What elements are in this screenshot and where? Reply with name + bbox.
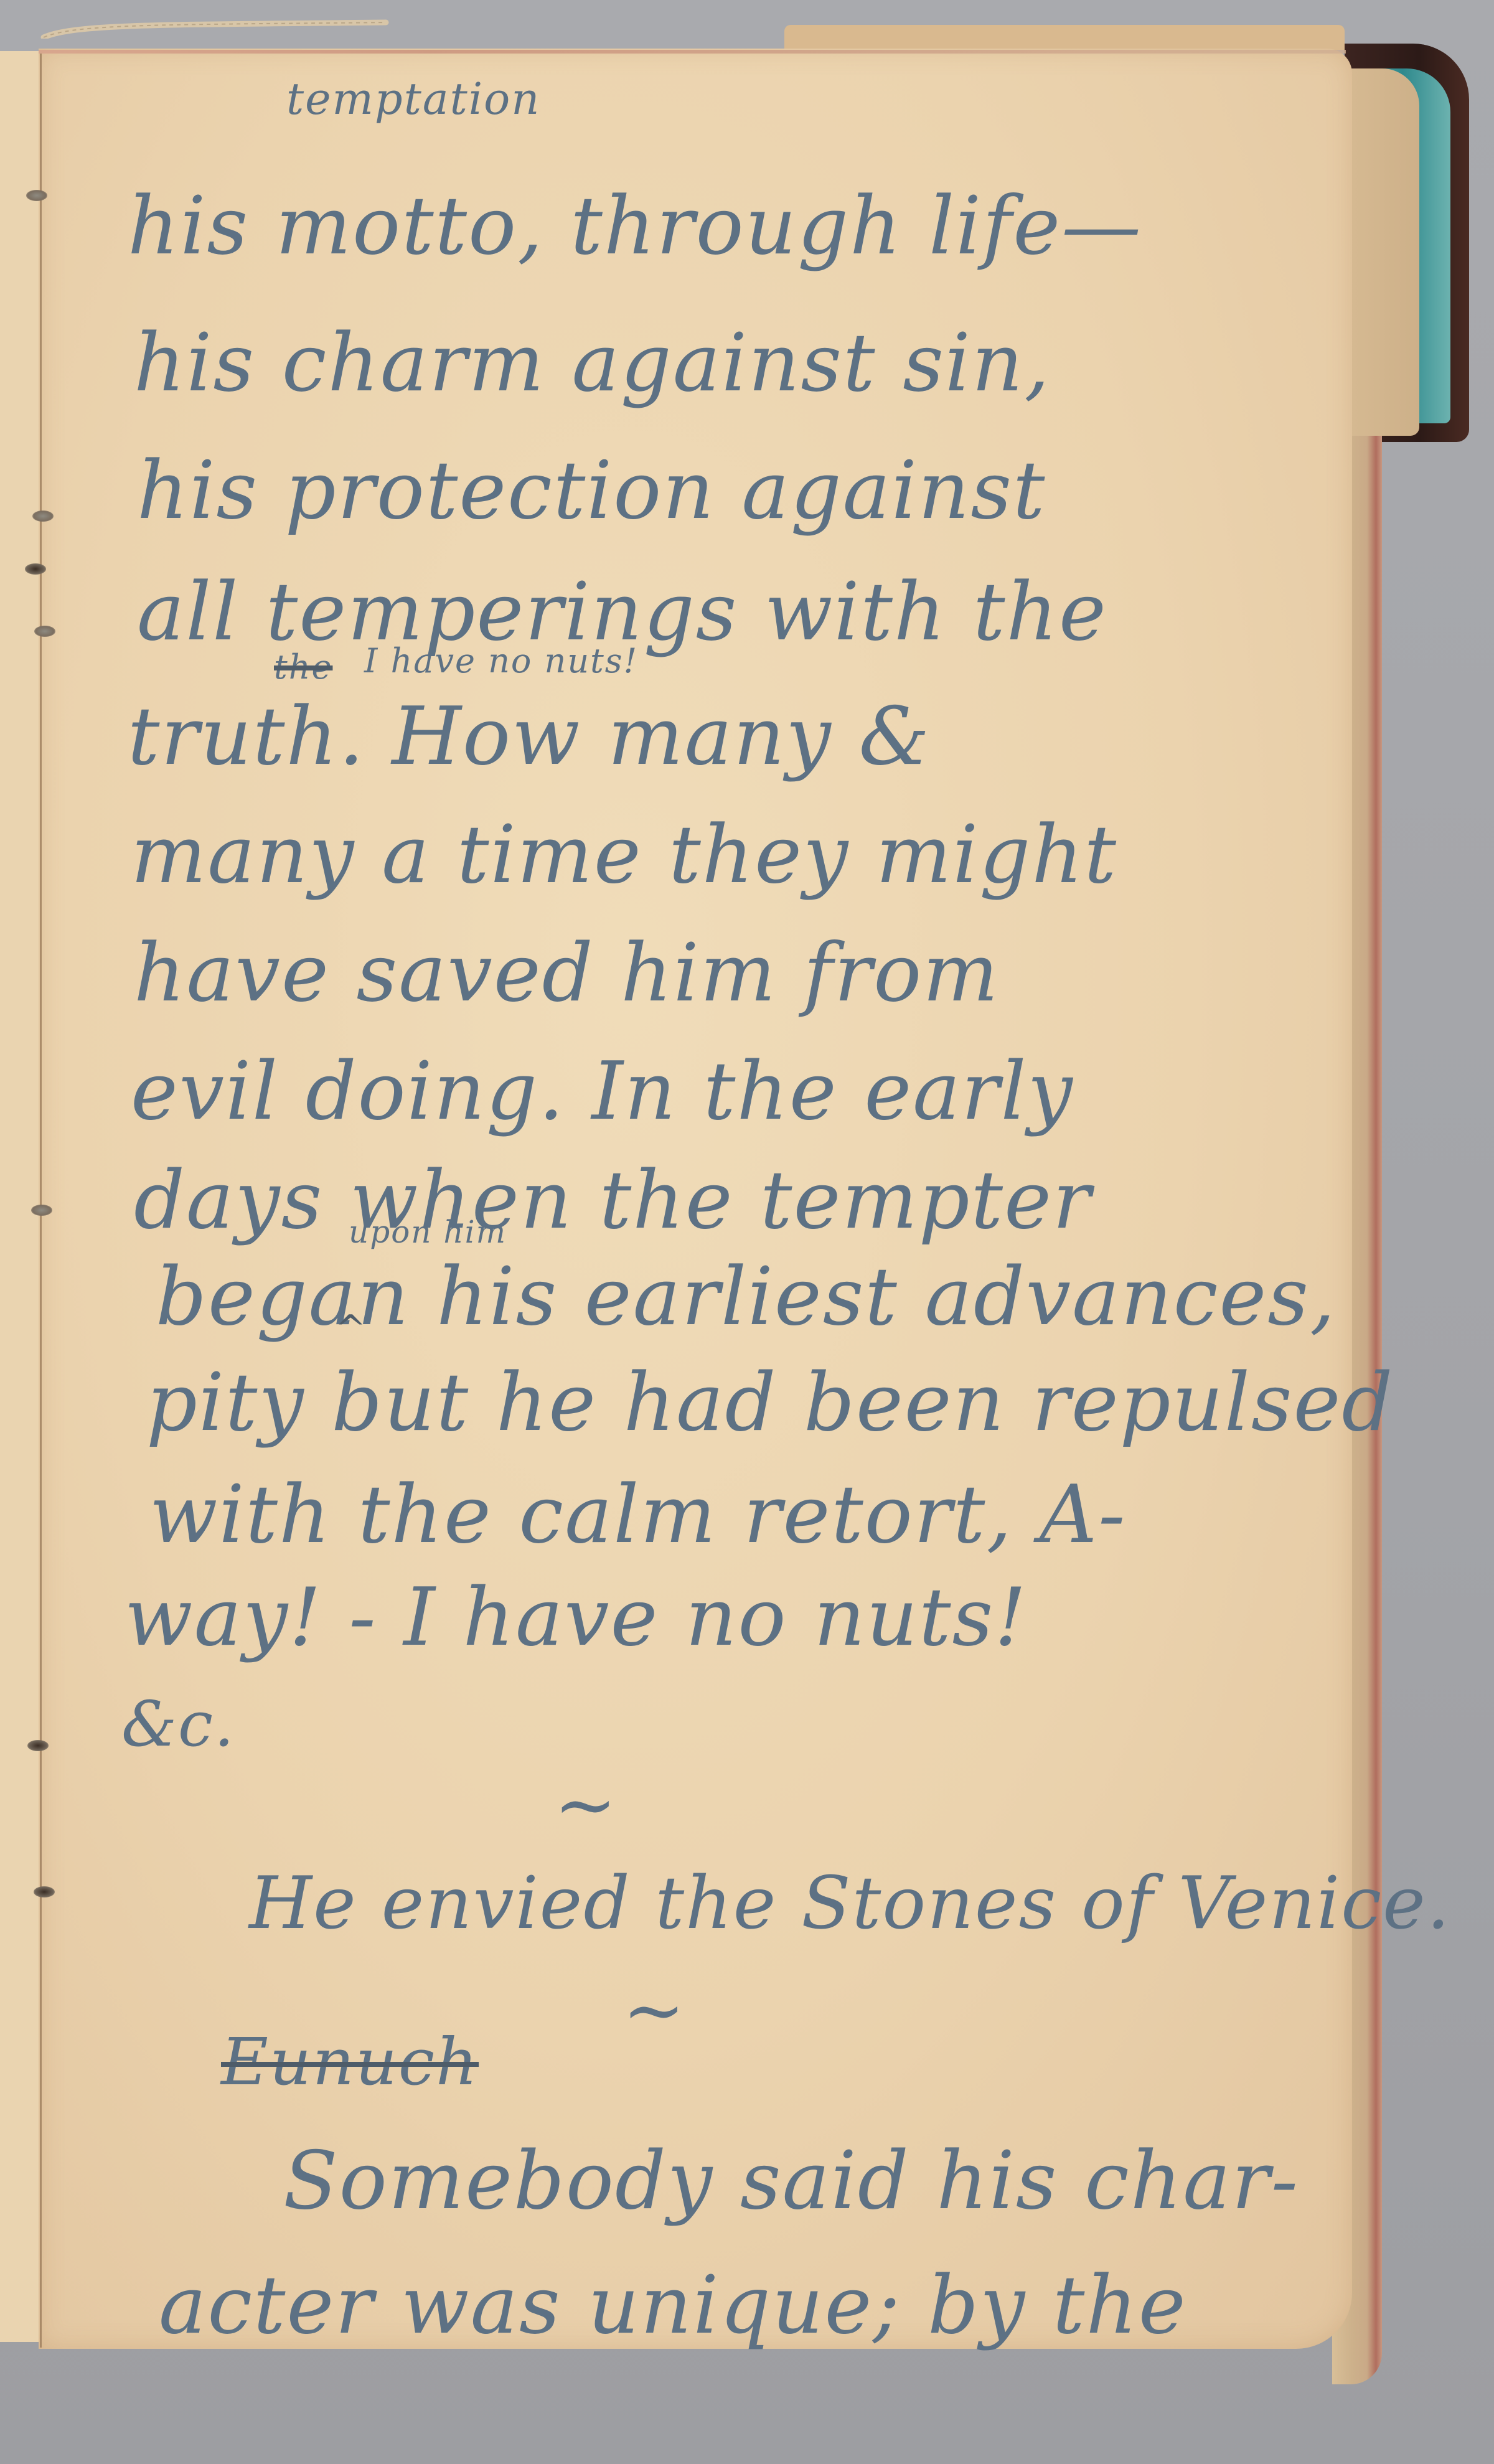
gutter-line [40, 54, 42, 2348]
stitch-hole [25, 563, 46, 575]
left-leaf [0, 51, 44, 2342]
manuscript-line-7: have saved him from [134, 934, 1000, 1013]
manuscript-line-1: his motto, through life— [128, 187, 1142, 266]
manuscript-line-11: pity but he had been repulsed [146, 1363, 1394, 1443]
section-separator: ~ [554, 1762, 617, 1848]
heading-stones-of-venice: He envied the Stones of Venice. [249, 1868, 1451, 1940]
page-top-edge [39, 50, 1346, 54]
manuscript-line-15: Somebody said his char- [283, 2142, 1299, 2221]
underlying-page-edge [784, 25, 1345, 50]
manuscript-line-13: way! - I have no nuts! [125, 1578, 1028, 1658]
stitch-hole [26, 190, 47, 201]
insert-no-nuts: I have no nuts! [364, 641, 638, 680]
manuscript-line-3: his protection against [137, 451, 1046, 531]
binding-string [37, 17, 392, 39]
stitch-hole [34, 626, 55, 637]
stitch-hole [27, 1740, 49, 1751]
insert-upon-him: upon him [349, 1214, 507, 1250]
section-separator: ~ [622, 1967, 685, 2054]
manuscript-line-10: began his earliest advances, [156, 1258, 1337, 1337]
stitch-hole [31, 1205, 52, 1216]
manuscript-line-2: his charm against sin, [134, 324, 1051, 403]
manuscript-line-6: many a time they might [131, 816, 1117, 895]
annotation-temptation: temptation [286, 73, 540, 125]
manuscript-line-8: evil doing. In the early [131, 1052, 1074, 1132]
stitch-hole [32, 510, 54, 522]
insertion-caret: ^ [335, 1307, 366, 1351]
manuscript-line-4: all temperings with the [137, 573, 1107, 652]
manuscript-line-12: with the calm retort, A- [149, 1475, 1127, 1555]
manuscript-line-16: acter was unique; by the [159, 2266, 1187, 2346]
manuscript-line-9: days when the tempter [134, 1161, 1092, 1241]
manuscript-line-5: truth. How many & [128, 697, 931, 777]
stitch-hole [34, 1886, 55, 1897]
manuscript-line-14: &c. [121, 1693, 235, 1756]
struck-word: the [274, 647, 332, 687]
struck-heading: Eunuch [221, 2029, 479, 2094]
